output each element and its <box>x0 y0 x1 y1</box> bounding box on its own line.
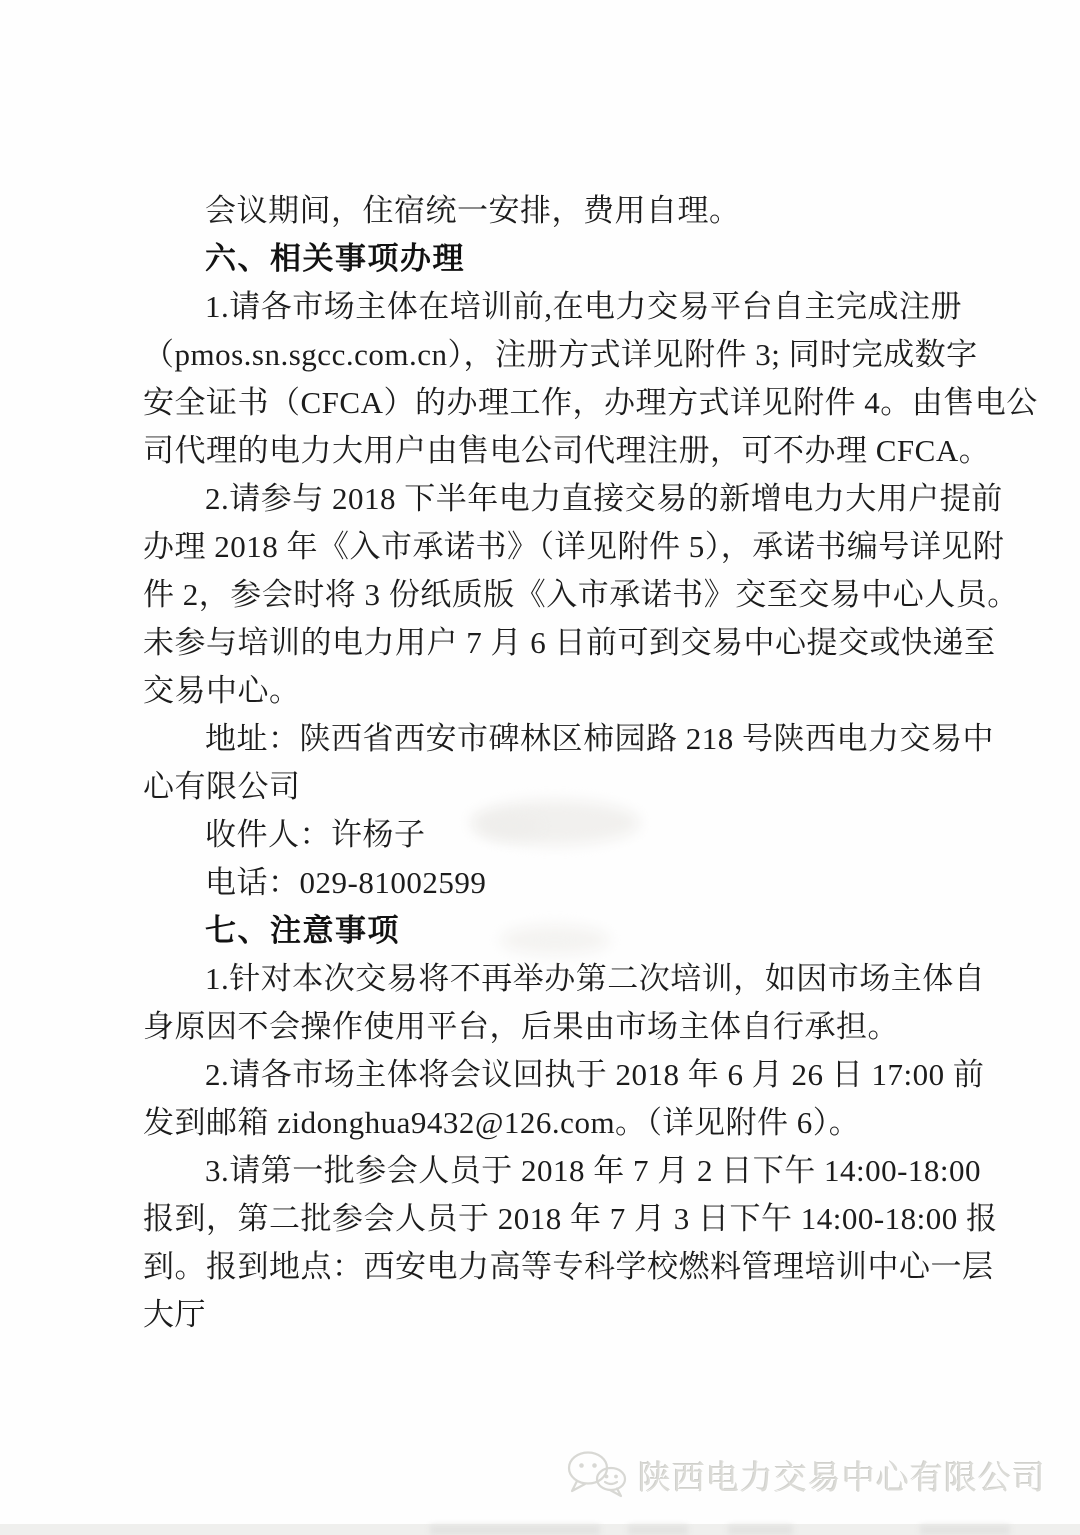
hotel-note-line-1: 会议期间，住宿统一安排，费用自理。 <box>143 187 955 235</box>
section-6-item-1-line-1: 1.请各市场主体在培训前,在电力交易平台自主完成注册 <box>143 283 955 331</box>
section-7-item-3-line-4: 大厅 <box>143 1291 955 1339</box>
section-6-item-1-line-4: 司代理的电力大用户由售电公司代理注册，可不办理 CFCA。 <box>143 427 955 475</box>
footer-company-name: 陕西电力交易中心有限公司 <box>638 1452 1046 1499</box>
section-6-item-1-line-2: （pmos.sn.sgcc.com.cn），注册方式详见附件 3; 同时完成数字 <box>143 331 955 379</box>
section-6-item-1-line-3: 安全证书（CFCA）的办理工作，办理方式详见附件 4。由售电公 <box>143 379 955 427</box>
section-6-item-2-line-2: 办理 2018 年《入市承诺书》（详见附件 5），承诺书编号详见附 <box>143 523 955 571</box>
scan-smudge <box>500 925 610 955</box>
wechat-logo-icon <box>564 1448 630 1502</box>
footer-watermark: 陕西电力交易中心有限公司 <box>564 1448 1046 1502</box>
section-6-item-2-line-3: 件 2，参会时将 3 份纸质版《入市承诺书》交至交易中心人员。 <box>143 571 955 619</box>
scan-smudge <box>480 815 540 837</box>
section-6-item-2-line-4: 未参与培训的电力用户 7 月 6 日前可到交易中心提交或快递至 <box>143 619 955 667</box>
section-7-item-1-line-2: 身原因不会操作使用平台，后果由市场主体自行承担。 <box>143 1003 955 1051</box>
page-bottom-smudge <box>920 1525 1010 1535</box>
section-7-item-2-line-2: 发到邮箱 zidonghua9432@126.com。（详见附件 6）。 <box>143 1099 955 1147</box>
section-6-item-2-line-1: 2.请参与 2018 下半年电力直接交易的新增电力大用户提前 <box>143 475 955 523</box>
page-bottom-smudge <box>430 1525 600 1535</box>
phone-line-1: 电话：029-81002599 <box>143 859 955 907</box>
section-6-item-2-line-5: 交易中心。 <box>143 667 955 715</box>
page-bottom-smudge <box>628 1525 688 1535</box>
section-7-item-1-line-1: 1.针对本次交易将不再举办第二次培训，如因市场主体自 <box>143 955 955 1003</box>
section-7-item-3-line-1: 3.请第一批参会人员于 2018 年 7 月 2 日下午 14:00-18:00 <box>143 1147 955 1195</box>
section-6-heading-line-1: 六、相关事项办理 <box>143 235 955 283</box>
document-page: 会议期间，住宿统一安排，费用自理。六、相关事项办理1.请各市场主体在培训前,在电… <box>0 0 1080 1535</box>
section-7-item-2-line-1: 2.请各市场主体将会议回执于 2018 年 6 月 26 日 17:00 前 <box>143 1051 955 1099</box>
address-line-1: 地址：陕西省西安市碑林区柿园路 218 号陕西电力交易中 <box>143 715 955 763</box>
document-body: 会议期间，住宿统一安排，费用自理。六、相关事项办理1.请各市场主体在培训前,在电… <box>143 187 955 1339</box>
section-7-item-3-line-2: 报到，第二批参会人员于 2018 年 7 月 3 日下午 14:00-18:00… <box>143 1195 955 1243</box>
page-bottom-smudge <box>728 1525 793 1535</box>
section-7-item-3-line-3: 到。报到地点：西安电力高等专科学校燃料管理培训中心一层 <box>143 1243 955 1291</box>
